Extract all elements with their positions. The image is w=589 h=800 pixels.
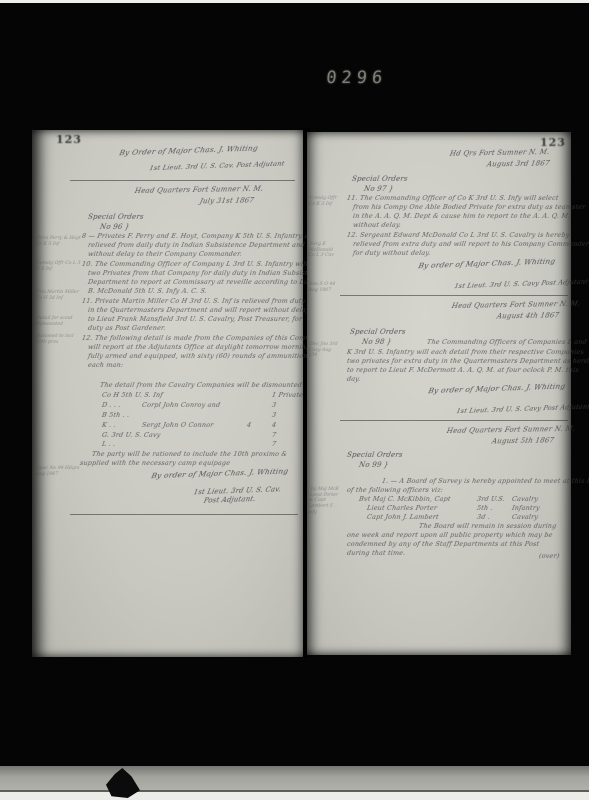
officer-arm: Cavalry [511,495,539,503]
order-line: two Privates from that Company for daily… [87,269,324,277]
by-order-line: By Order of Major Chas. J. Whiting [118,144,258,158]
order-line: without delay. [352,221,401,229]
order-line: each man: [87,361,124,369]
order-line: supplied with the necessary camp equipag… [79,459,230,467]
date-line: August 5th 1867 [491,436,555,445]
section-rule [340,295,568,296]
order-line: 10. The Commanding Officer of Company L … [81,260,330,268]
officer-arm: Infantry [511,504,540,512]
margin-note: Comdg Offr Co K 3 Inf [308,196,340,207]
margin-note: Privs Perry & Hoyt Co K 5 Inf [35,236,81,247]
order-line: for duty without delay. [352,249,431,257]
roster-count: 7 [271,431,277,439]
roster-subcount: 4 [246,421,252,429]
margin-note: Detail for scout dismounted [35,316,81,327]
order-line: The party will be rationed to include th… [91,450,288,458]
adjutant-signature: 1st Lieut. 3rd U. S. Cavy Post Adjutant [454,278,589,291]
order-line: during that time. [346,549,406,557]
order-line: The Board will remain in session during [418,522,557,530]
over-note: (over) [538,552,560,560]
order-line: relieved from extra duty and will report… [352,240,589,248]
order-line: two privates for extra duty in the Quart… [346,357,589,365]
margin-note: Dec Jno 3rd Cavy Aug 134 [308,342,340,359]
margin-note: See S O 44 Aug 1867 [308,282,340,293]
headquarters-line: Hd Qrs Fort Sumner N. M. [449,148,550,158]
page-number-stamp-left: 123 [56,133,82,146]
date-line: July 31st 1867 [199,197,255,206]
order-line: of the following officers viz: [346,486,443,494]
order-line: The Commanding Officers of Companies L a… [426,338,587,346]
margin-note: Rationed to incl 10th prox [35,334,81,345]
order-line: one week and report upon all public prop… [346,531,553,539]
adjutant-signature: 1st Lieut. 3rd U. S. Cavy Post Adjutant [456,403,589,416]
date-line: August 4th 1867 [496,311,560,320]
frame-counter-stamp: 0296 [325,68,417,94]
special-orders-number: No 99 } [358,461,389,469]
order-line: Department to report at Commissary at re… [87,278,318,286]
roster-unit: B 5th . . [101,411,130,419]
order-line: to report to Lieut F. McDermott A. A. Q.… [346,366,579,374]
left-page: 123 By Order of Major Chas. J. Whiting 1… [32,130,303,657]
roster-detail: Corpl John Conroy and [141,401,221,409]
roster-unit: G. 3rd U. S. Cavy [101,431,161,439]
headquarters-line: Head Quarters Fort Sumner N. M. [446,425,576,435]
adjutant-title: Post Adjutant. [203,495,257,505]
adjutant-signature: 1st Lieut. 3rd U. S. Cav. Post Adjutant [149,160,286,173]
right-page: 123 Hd Qrs Fort Sumner N. M. August 3rd … [307,132,571,655]
margin-note: Priv Martin Miller Co H 3d Inf [35,290,81,301]
film-edge-line [0,0,589,3]
roster-unit: Co H 5th U. S. Inf [101,391,163,399]
headquarters-line: Head Quarters Fort Sumner N. M. [451,300,581,310]
by-order-line: By order of Major Chas. J. Whiting [417,257,556,271]
order-line: without delay to their Company Commander… [87,250,242,258]
order-line: to Lieut Frank Mansfield 3rd U. S. Caval… [87,315,302,323]
order-line: in the A. A. Q. M. Dept & cause him to r… [352,212,571,220]
section-rule [70,180,295,181]
special-orders-number: No 96 } [99,223,130,231]
order-line: 12. Sergeant Edward McDonald Co L 3rd U.… [346,231,570,239]
roster-unit: D . . . [101,401,121,409]
officer-regiment: 3rd U.S. [476,495,505,503]
order-line: from his Compy One Able Bodied Private f… [352,203,586,211]
copy-stand-strip [0,766,589,790]
order-line: 12. The following detail is made from th… [81,334,339,342]
margin-note: Comdg Offr Co L 3 U S Inf [35,261,81,272]
by-order-line: By order of Major Chas. J. Whiting [150,467,289,481]
roster-count: 4 [271,421,277,429]
roster-count: 3 [271,401,277,409]
order-line: condemned by any of the Staff Department… [346,540,540,548]
officer-arm: Cavalry [511,513,539,521]
officer-regiment: 5th . [476,504,493,512]
special-orders-title: Special Orders [87,213,144,221]
order-line: fully armed and equipped, with sixty (60… [87,352,317,360]
officer-name: Bvt Maj C. McKibbin, Capt [358,495,451,503]
page-number-stamp-right: 123 [540,136,566,149]
order-line: 11. Private Martin Miller Co H 3rd U. S.… [81,297,306,305]
copy-stand-edge [0,790,589,800]
roster-detail: Sergt John O Connor [141,421,214,429]
order-line: duty as Post Gardener. [87,324,166,332]
officer-name: Capt John J. Lambert [366,513,439,521]
by-order-line: By order of Major Chas. J. Whiting [427,382,566,396]
roster-count: 3 [271,411,277,419]
order-line: The detail from the Cavalry Companies wi… [99,381,302,389]
roster-count: 7 [271,440,277,448]
microfilm-scan: 0296 123 By Order of Major Chas. J. Whit… [0,0,589,800]
section-rule [340,420,568,421]
order-line: B. McDonald 5th U. S. Infy A. C. S. [87,287,207,295]
margin-note: Spec No 94 Hdqrs Aug 1867 [35,466,81,477]
headquarters-line: Head Quarters Fort Sumner N. M. [134,185,264,195]
order-line: 11. The Commanding Officer of Co K 3rd U… [346,194,559,202]
order-line: relieved from daily duty in Indian Subsi… [87,241,344,249]
order-line: in the Quartermasters Department and wil… [87,306,310,314]
roster-unit: K . . [101,421,116,429]
margin-note: Serg E McDonald Co L 3 Cav [308,242,340,259]
special-orders-title: Special Orders [349,328,406,336]
order-line: K 3rd U. S. Infantry will each detail fr… [346,348,584,356]
special-orders-number: No 98 } [361,338,392,346]
roster-count: 1 Private [271,391,303,399]
date-line: August 3rd 1867 [486,159,550,168]
order-line: 1. — A Board of Survey is hereby appoint… [381,477,589,485]
order-line: will report at the Adjutants Office at d… [87,343,311,351]
margin-note: by Maj McK Lieut Porter & Capt Lambert 5… [307,487,341,516]
officer-regiment: 3d . [476,513,490,521]
order-line: 8 — Privates F. Perry and E. Hoyt, Compa… [81,232,316,240]
officer-name: Lieut Charles Porter [366,504,437,512]
order-line: day. [346,375,361,383]
special-orders-number: No 97 } [363,185,394,193]
special-orders-title: Special Orders [346,451,403,459]
special-orders-title: Special Orders [351,175,408,183]
roster-unit: L . . [101,440,116,448]
section-rule [70,514,298,515]
